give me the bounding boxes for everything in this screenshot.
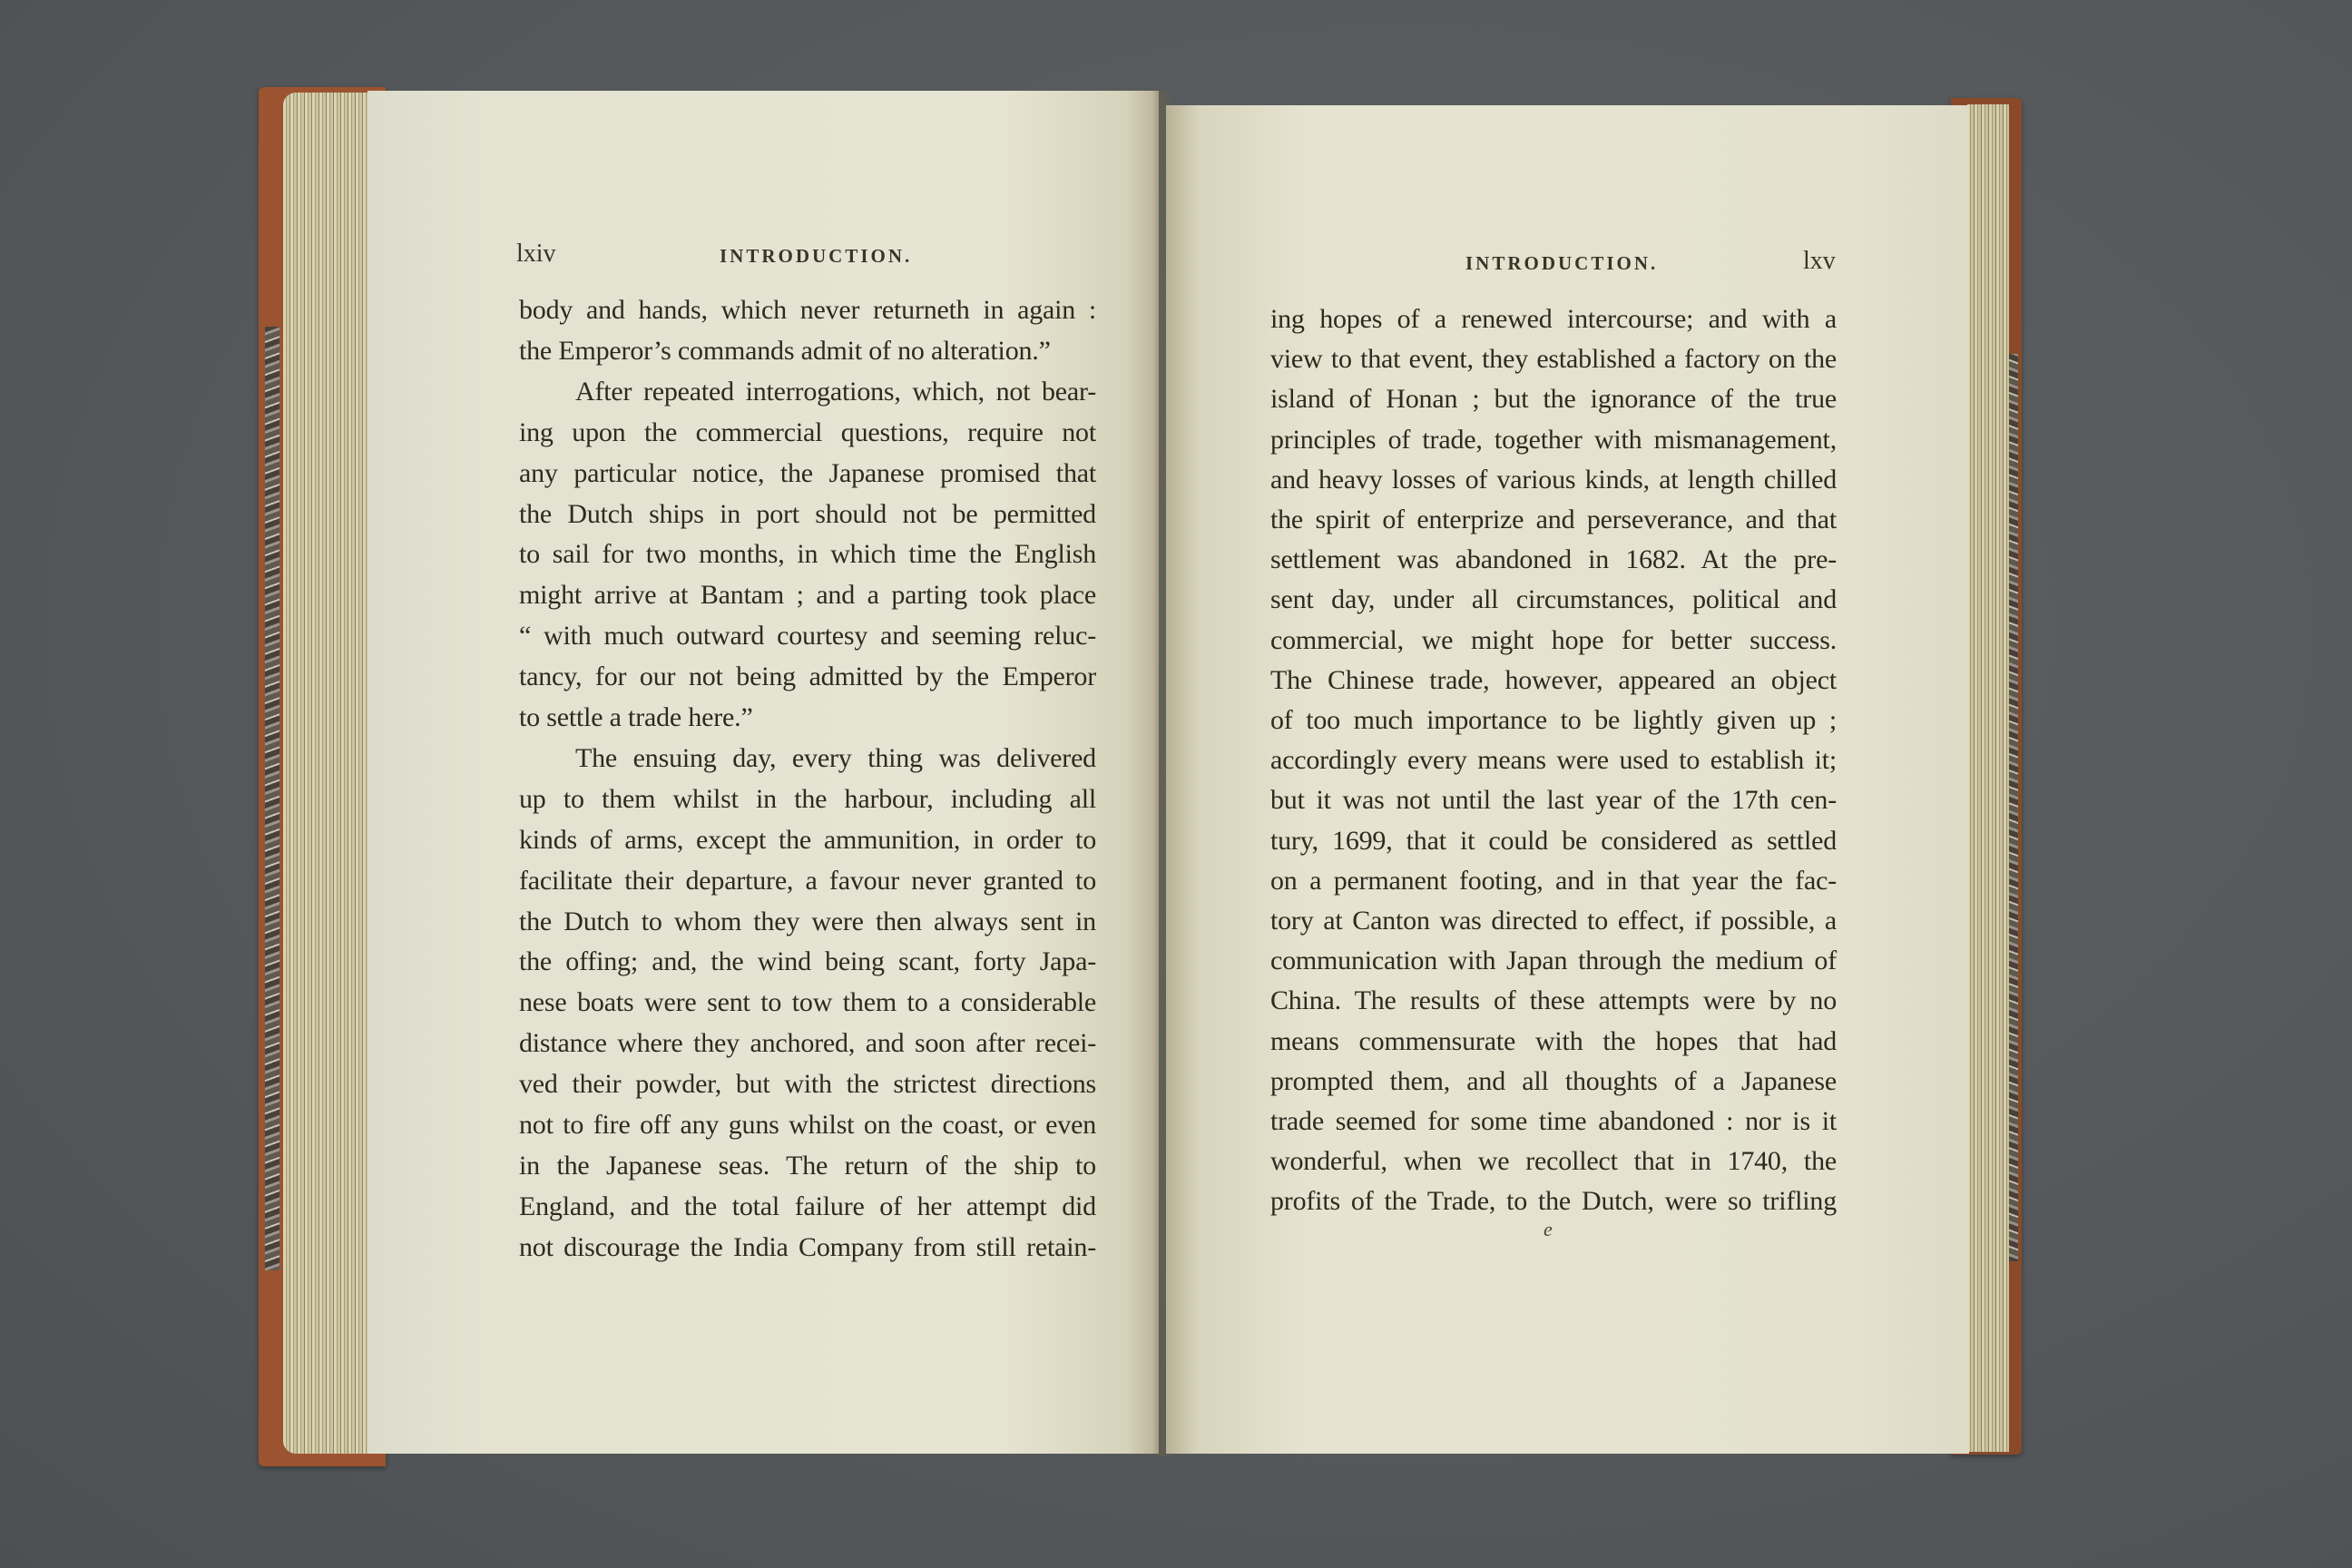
text-line: kinds of arms, except the ammunition, in… [519, 822, 1096, 858]
text-line: facilitate their departure, a favour nev… [519, 863, 1096, 899]
text-line: up to them whilst in the harbour, includ… [519, 781, 1096, 818]
text-line: view to that event, they established a f… [1270, 341, 1837, 377]
text-line: means commensurate with the hopes that h… [1270, 1024, 1837, 1060]
text-line: accordingly every means were used to est… [1270, 742, 1837, 779]
text-line: the Dutch ships in port should not be pe… [519, 496, 1096, 533]
text-line: nese boats were sent to tow them to a co… [519, 985, 1096, 1021]
text-line: tury, 1699, that it could be considered … [1270, 823, 1837, 859]
text-line: body and hands, which never returneth in… [519, 292, 1096, 328]
text-line: trade seemed for some time abandoned : n… [1270, 1103, 1837, 1140]
text-line: on a permanent footing, and in that year… [1270, 863, 1837, 899]
text-line: settlement was abandoned in 1682. At the… [1270, 542, 1837, 578]
page-block-left [283, 93, 370, 1454]
text-line: to settle a trade here.” [519, 700, 1096, 736]
text-line: China. The results of these attempts wer… [1270, 983, 1837, 1019]
text-line: not discourage the India Company from st… [519, 1230, 1096, 1266]
text-line: After repeated interrogations, which, no… [519, 374, 1096, 410]
left-page: lxiv INTRODUCTION. body and hands, which… [367, 91, 1159, 1454]
text-line: tancy, for our not being admitted by the… [519, 659, 1096, 695]
right-page: INTRODUCTION. lxv ing hopes of a renewed… [1166, 105, 1969, 1454]
running-head-right: INTRODUCTION. [1465, 252, 1658, 275]
text-line: of too much importance to be lightly giv… [1270, 702, 1837, 739]
page-block-right [1967, 104, 2009, 1452]
signature-mark: e [1543, 1218, 1553, 1241]
text-line: prompted them, and all thoughts of a Jap… [1270, 1063, 1837, 1100]
text-line: principles of trade, together with misma… [1270, 422, 1837, 458]
text-line: the Dutch to whom they were then always … [519, 904, 1096, 940]
page-number-right: lxv [1803, 247, 1836, 276]
text-line: to sail for two months, in which time th… [519, 536, 1096, 573]
text-line: any particular notice, the Japanese prom… [519, 456, 1096, 492]
text-line: and heavy losses of various kinds, at le… [1270, 462, 1837, 498]
text-line: communication with Japan through the med… [1270, 943, 1837, 979]
text-line: profits of the Trade, to the Dutch, were… [1270, 1183, 1837, 1220]
text-line: “ with much outward courtesy and seeming… [519, 618, 1096, 654]
text-line: tory at Canton was directed to effect, i… [1270, 903, 1837, 939]
text-line: The ensuing day, every thing was deliver… [519, 740, 1096, 777]
text-line: ing upon the commercial questions, requi… [519, 415, 1096, 451]
text-line: the spirit of enterprize and perseveranc… [1270, 502, 1837, 538]
text-line: ved their powder, but with the strictest… [519, 1066, 1096, 1102]
text-line: in the Japanese seas. The return of the … [519, 1148, 1096, 1184]
text-line: commercial, we might hope for better suc… [1270, 622, 1837, 659]
text-line: The Chinese trade, however, appeared an … [1270, 662, 1837, 699]
text-line: not to fire off any guns whilst on the c… [519, 1107, 1096, 1143]
text-line: distance where they anchored, and soon a… [519, 1025, 1096, 1062]
text-line: wonderful, when we recollect that in 174… [1270, 1143, 1837, 1180]
text-line: sent day, under all circumstances, polit… [1270, 582, 1837, 618]
running-head-left: INTRODUCTION. [720, 245, 912, 268]
text-line: ing hopes of a renewed intercourse; and … [1270, 301, 1837, 338]
text-line: England, and the total failure of her at… [519, 1189, 1096, 1225]
text-line: the Emperor’s commands admit of no alter… [519, 333, 1096, 369]
text-line: might arrive at Bantam ; and a parting t… [519, 577, 1096, 613]
text-line: the offing; and, the wind being scant, f… [519, 944, 1096, 980]
text-line: but it was not until the last year of th… [1270, 782, 1837, 818]
marbled-edge-left [265, 327, 279, 1270]
text-line: island of Honan ; but the ignorance of t… [1270, 381, 1837, 417]
page-number-left: lxiv [516, 240, 556, 269]
